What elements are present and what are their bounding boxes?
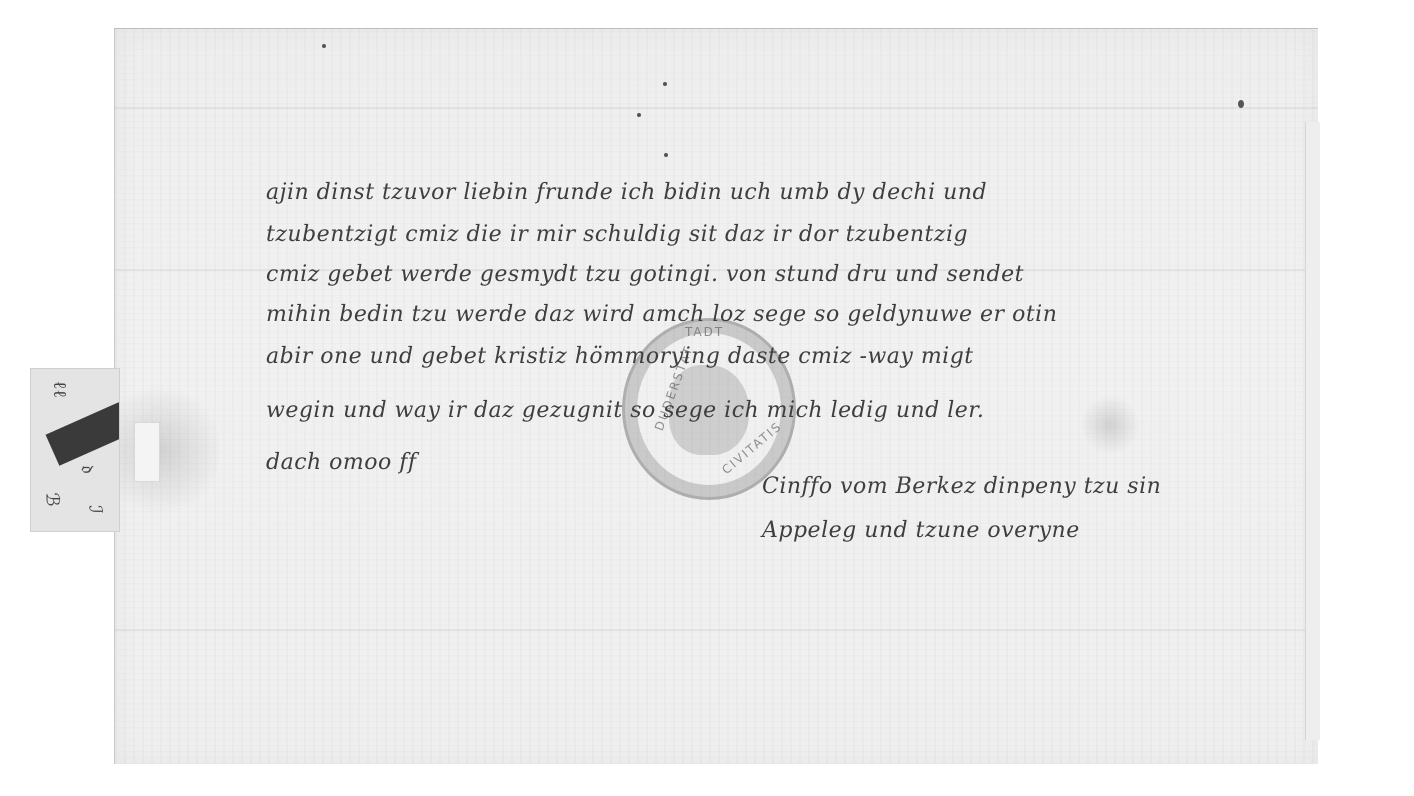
speck (1238, 100, 1244, 108)
seal-tab: ℓℓ 𝔡 ℬ ℐ (30, 368, 120, 532)
speck (322, 44, 326, 48)
text-line-4: mihin bedin tzu werde daz wird amch loz … (266, 302, 1057, 327)
paper-slip (134, 422, 160, 482)
ink-stain (1080, 395, 1140, 455)
text-line-7: dach omoo ff (266, 450, 417, 475)
stamp-text-top: TADT (685, 325, 724, 339)
speck (637, 113, 641, 117)
sheet-edge-step (1305, 122, 1320, 740)
fold-line (115, 629, 1318, 631)
seal-tab-dark-band (46, 402, 120, 466)
text-line-3: cmiz gebet werde gesmydt tzu gotingi. vo… (266, 262, 1024, 287)
speck (663, 82, 667, 86)
fold-line (115, 107, 1318, 109)
text-line-6: wegin und way ir daz gezugnit so sege ic… (266, 398, 984, 423)
speck (664, 153, 668, 157)
text-line-1: ajin dinst tzuvor liebin frunde ich bidi… (266, 180, 987, 205)
signature-line-2: Appeleg und tzune overyne (762, 518, 1080, 543)
signature-line-1: Cinffo vom Berkez dinpeny tzu sin (762, 474, 1161, 499)
text-line-5: abir one und gebet kristiz hömmorying da… (266, 344, 974, 369)
text-line-2: tzubentzigt cmiz die ir mir schuldig sit… (266, 222, 968, 247)
